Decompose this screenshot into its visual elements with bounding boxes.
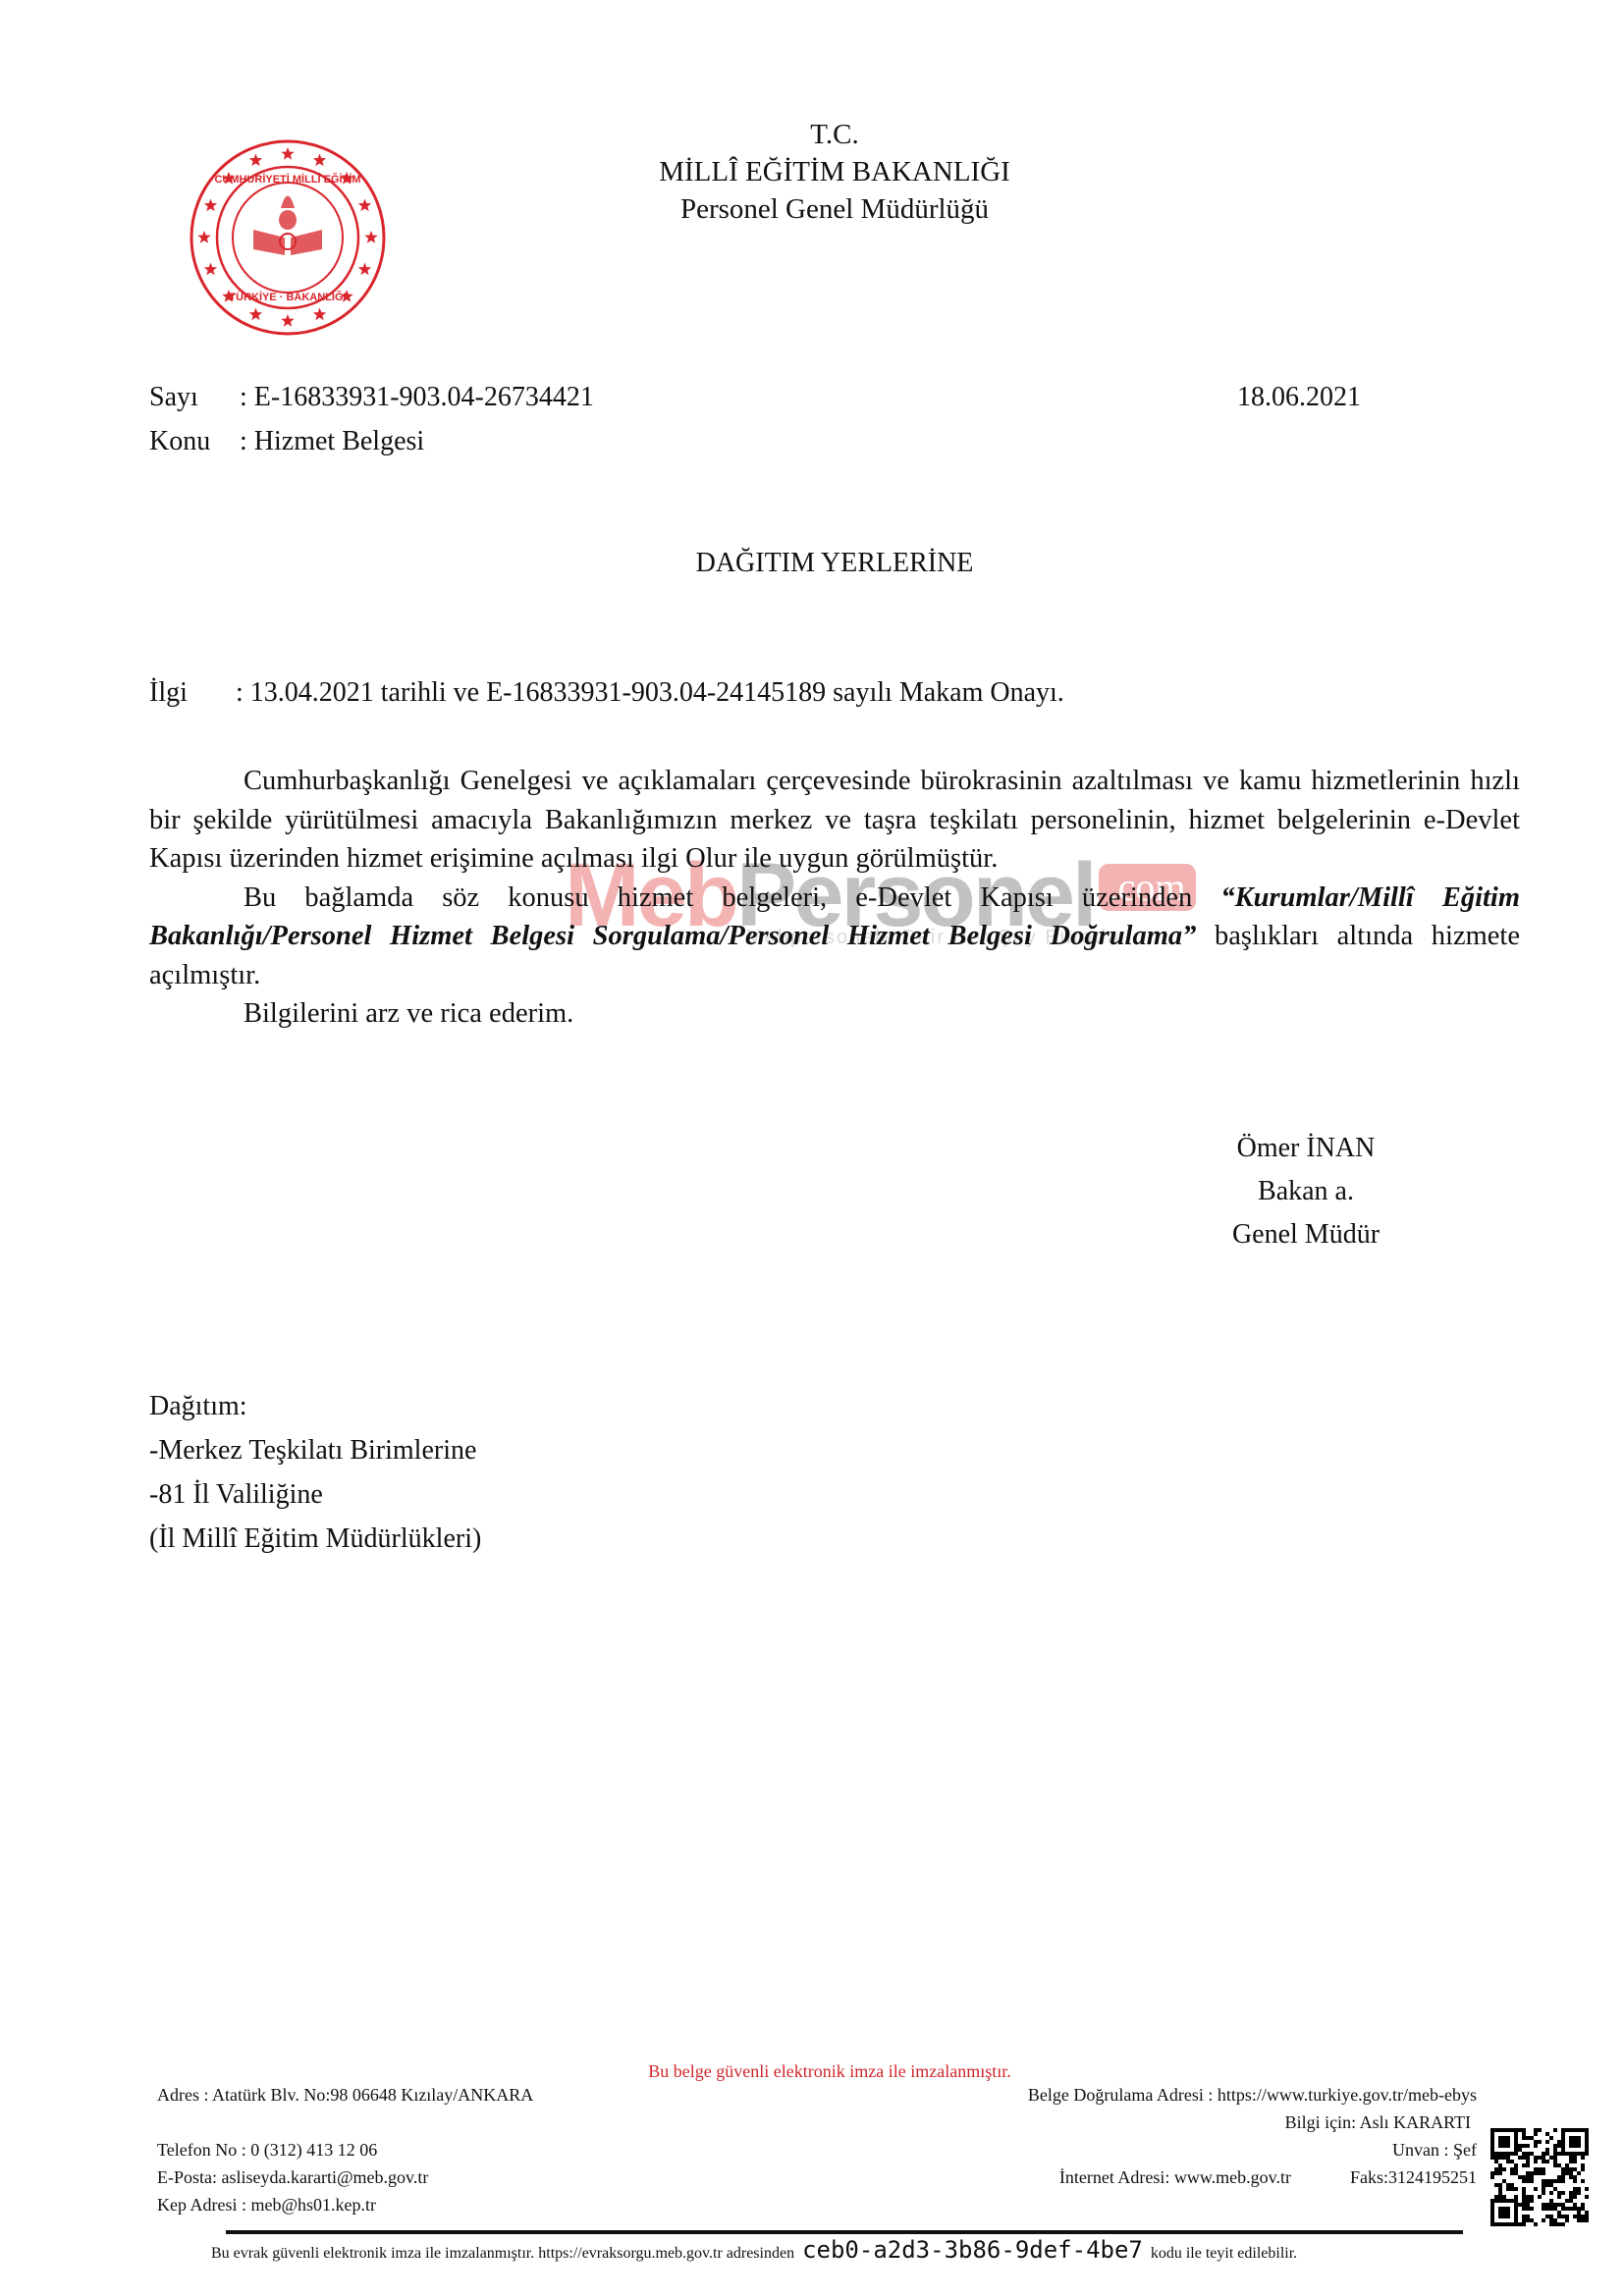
- letterhead: T.C. MİLLÎ EĞİTİM BAKANLIĞI Personel Gen…: [530, 116, 1139, 228]
- body-paragraph-3: Bilgilerini arz ve rica ederim.: [149, 994, 1520, 1034]
- footer-address: Adres : Atatürk Blv. No:98 06648 Kızılay…: [157, 2081, 533, 2109]
- footer-email[interactable]: E-Posta: asliseyda.kararti@meb.gov.tr: [157, 2163, 533, 2191]
- footer-internet-fax: İnternet Adresi: www.meb.gov.trFaks:3124…: [1028, 2163, 1477, 2191]
- footer-fax: Faks:3124195251: [1350, 2167, 1477, 2187]
- svg-text:CUMHURİYETİ MİLLÎ EĞİTİM: CUMHURİYETİ MİLLÎ EĞİTİM: [214, 173, 360, 186]
- footer-unvan: Unvan : Şef: [1028, 2136, 1477, 2163]
- footer-kep[interactable]: Kep Adresi : meb@hs01.kep.tr: [157, 2191, 533, 2218]
- distribution-heading: Dağıtım:: [149, 1384, 481, 1428]
- footer-internet[interactable]: İnternet Adresi: www.meb.gov.tr: [1059, 2167, 1291, 2187]
- konu-value: : Hizmet Belgesi: [240, 419, 424, 463]
- footer-contact-left: Adres : Atatürk Blv. No:98 06648 Kızılay…: [157, 2081, 533, 2218]
- signer-title-1: Bakan a.: [1188, 1170, 1424, 1213]
- footer-verify-address[interactable]: Belge Doğrulama Adresi : https://www.tur…: [1028, 2081, 1477, 2109]
- body-paragraph-1: Cumhurbaşkanlığı Genelgesi ve açıklamala…: [149, 762, 1520, 879]
- distribution-list: Dağıtım: -Merkez Teşkilatı Birimlerine -…: [149, 1384, 481, 1561]
- svg-text:TÜRKİYE · BAKANLIĞI: TÜRKİYE · BAKANLIĞI: [229, 291, 346, 303]
- footer-divider: [226, 2230, 1463, 2234]
- letterhead-country: T.C.: [530, 116, 1139, 153]
- ilgi-value: : 13.04.2021 tarihli ve E-16833931-903.0…: [236, 677, 1064, 709]
- distribution-item: -Merkez Teşkilatı Birimlerine: [149, 1428, 481, 1472]
- verification-footnote: Bu evrak güvenli elektronik imza ile imz…: [211, 2236, 1297, 2264]
- esign-notice: Bu belge güvenli elektronik imza ile imz…: [0, 2061, 1624, 2082]
- footer-contact-right: Belge Doğrulama Adresi : https://www.tur…: [1028, 2081, 1477, 2191]
- distribution-item: (İl Millî Eğitim Müdürlükleri): [149, 1517, 481, 1561]
- sayi-value: : E-16833931-903.04-26734421: [240, 375, 594, 419]
- qr-code-icon: [1490, 2128, 1589, 2226]
- footer-phone: Telefon No : 0 (312) 413 12 06: [157, 2136, 533, 2163]
- letterhead-directorate: Personel Genel Müdürlüğü: [530, 190, 1139, 228]
- ilgi-label: İlgi: [149, 677, 236, 709]
- document-date: 18.06.2021: [1237, 375, 1361, 419]
- footnote-text-after: kodu ile teyit edilebilir.: [1151, 2245, 1297, 2263]
- meb-seal-icon: CUMHURİYETİ MİLLÎ EĞİTİM TÜRKİYE · BAKAN…: [175, 139, 401, 336]
- footnote-text: Bu evrak güvenli elektronik imza ile imz…: [211, 2245, 794, 2263]
- letter-body: Cumhurbaşkanlığı Genelgesi ve açıklamala…: [149, 762, 1520, 1034]
- sayi-label: Sayı: [149, 375, 240, 419]
- distribution-item: -81 İl Valiliğine: [149, 1472, 481, 1517]
- document-meta: Sayı : E-16833931-903.04-26734421 Konu :…: [149, 375, 594, 463]
- signature-block: Ömer İNAN Bakan a. Genel Müdür: [1188, 1127, 1424, 1256]
- verification-code: ceb0-a2d3-3b86-9def-4be7: [802, 2236, 1143, 2264]
- letterhead-ministry: MİLLÎ EĞİTİM BAKANLIĞI: [530, 153, 1139, 190]
- recipient-title: DAĞITIM YERLERİNE: [0, 548, 1624, 579]
- signer-name: Ömer İNAN: [1188, 1127, 1424, 1170]
- footer-info: Bilgi için: Aslı KARARTI: [1028, 2109, 1477, 2136]
- signer-title-2: Genel Müdür: [1188, 1213, 1424, 1256]
- p2-text: Bu bağlamda söz konusu hizmet belgeleri,…: [244, 882, 1220, 913]
- reference: İlgi : 13.04.2021 tarihli ve E-16833931-…: [149, 677, 1064, 709]
- body-paragraph-2: Bu bağlamda söz konusu hizmet belgeleri,…: [149, 879, 1520, 995]
- konu-label: Konu: [149, 419, 240, 463]
